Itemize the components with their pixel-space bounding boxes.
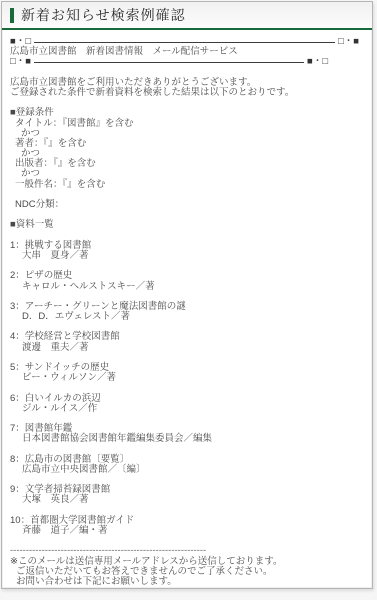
- item-author: ビー・ウィルソン／著: [10, 373, 359, 383]
- title-bar: 新着お知らせ検索例確認: [2, 2, 372, 30]
- greeting-line-2: ご登録された条件で新着資料を検索した結果は以下のとおりです。: [10, 88, 359, 98]
- list-item: 7：図書館年鑑 日本図書館協会図書館年鑑編集委員会／編集: [10, 424, 359, 444]
- list-item: 10：首都圏大学図書館ガイド 斉藤 道子／編・著: [10, 516, 359, 536]
- ndc-label: NDC分類：: [10, 200, 359, 210]
- item-title: 2：ピザの歴史: [10, 271, 359, 281]
- page-title: 新着お知らせ検索例確認: [21, 5, 186, 25]
- decor-bottom-right-glyphs: ■・□: [307, 57, 328, 67]
- list-heading: ■資料一覧: [10, 220, 359, 230]
- list-item: 8：広島市の図書館〔要覧〕 広島市立中央図書館／〔編〕: [10, 455, 359, 475]
- list-item: 9：文学者掃苔録図書館 大塚 英良／著: [10, 485, 359, 505]
- list-item: 4：学校経営と学校図書館 渡邊 重夫／著: [10, 332, 359, 352]
- decor-bottom-rule: [34, 62, 304, 63]
- footer-note-3: お問い合わせは下記にお願いします。: [10, 577, 359, 587]
- item-author: 日本図書館協会図書館年鑑編集委員会／編集: [10, 434, 359, 444]
- list-item: 3：アーチー・グリーンと魔法図書館の謎 D．D．エヴェレスト／著: [10, 302, 359, 322]
- item-author: 斉藤 道子／編・著: [10, 526, 359, 536]
- item-author: 広島市立中央図書館／〔編〕: [10, 465, 359, 475]
- decor-top-rule: [34, 42, 335, 43]
- condition-title: タイトル：『図書館』を含む: [10, 119, 359, 129]
- item-author: 渡邊 重夫／著: [10, 343, 359, 353]
- item-author: 大塚 英良／著: [10, 495, 359, 505]
- condition-subject: 一般件名：『』を含む: [10, 180, 359, 190]
- email-preview: ■・□ □・■ 広島市立図書館 新着図書情報 メール配信サービス □・■ ■・□…: [2, 30, 372, 587]
- conditions-heading: ■登録条件: [10, 108, 359, 118]
- list-item: 5：サンドイッチの歴史 ビー・ウィルソン／著: [10, 363, 359, 383]
- item-author: キャロル・ヘルストスキー／著: [10, 282, 359, 292]
- list-item: 6：白いイルカの浜辺 ジル・ルイス／作: [10, 394, 359, 414]
- item-author: ジル・ルイス／作: [10, 404, 359, 414]
- decor-bottom-left-glyphs: □・■: [10, 57, 31, 67]
- preview-window: 新着お知らせ検索例確認 ■・□ □・■ 広島市立図書館 新着図書情報 メール配信…: [1, 1, 373, 589]
- title-accent-bar: [10, 8, 14, 23]
- condition-author: 著者：『』を含む: [10, 139, 359, 149]
- list-item: 1：挑戦する図書館 大串 夏身／著: [10, 241, 359, 261]
- decor-top-right-glyphs: □・■: [338, 37, 359, 47]
- item-author: D．D．エヴェレスト／著: [10, 312, 359, 322]
- list-item: 2：ピザの歴史 キャロル・ヘルストスキー／著: [10, 271, 359, 291]
- condition-publisher: 出版者：『』を含む: [10, 159, 359, 169]
- item-author: 大串 夏身／著: [10, 251, 359, 261]
- decor-line-bottom: □・■ ■・□: [10, 57, 328, 67]
